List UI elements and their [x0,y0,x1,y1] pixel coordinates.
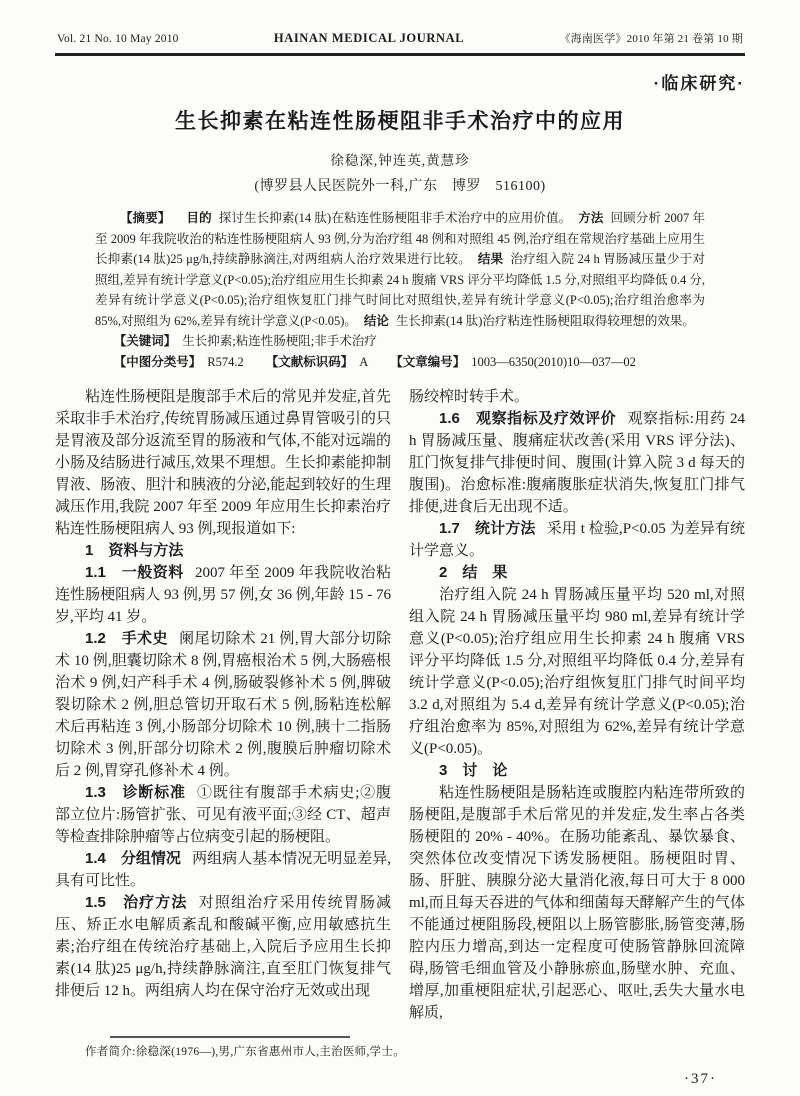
section-column-label: ·临床研究· [55,69,745,94]
keywords-text: 生长抑素;粘连性肠梗阻;非手术治疗 [182,334,376,348]
author-bio-footnote: 作者简介:徐稳深(1976—),男,广东省惠州市人,主治医师,学士。 [85,1043,745,1059]
results-paragraph: 治疗组入院 24 h 胃肠减压量平均 520 ml,对照组入院 24 h 胃肠减… [409,584,745,760]
left-column: 粘连性肠梗阻是腹部手术后的常见并发症,首先采取非手术治疗,传统胃肠减压通过鼻胃管… [55,386,391,1024]
abstract-label: 【摘要】 [120,211,171,225]
section-heading-1: 1 资料与方法 [55,540,391,562]
continuation-paragraph: 肠绞榨时转手术。 [409,386,745,408]
journal-issue-cn: 《海南医学》2010 年第 21 卷第 10 期 [559,30,743,46]
body-columns: 粘连性肠梗阻是腹部手术后的常见并发症,首先采取非手术治疗,传统胃肠减压通过鼻胃管… [55,386,745,1024]
subsection-label: 1.3 诊断标准 [85,784,186,801]
abstract-conclusion-label: 结论 [364,314,389,328]
abstract-objective-text: 探讨生长抑素(14 肽)在粘连性肠梗阻非手术治疗中的应用价值。 [219,211,571,225]
article-id: 1003—6350(2010)10—037—02 [471,355,636,369]
subsection-label: 1.2 手术史 [85,630,168,647]
journal-name-en: HAINAN MEDICAL JOURNAL [274,31,464,46]
clc-number: R574.2 [207,355,243,369]
section-heading-3: 3 讨 论 [409,760,745,782]
subsection-label: 1.1 一般资料 [85,564,184,581]
intro-paragraph: 粘连性肠梗阻是腹部手术后的常见并发症,首先采取非手术治疗,传统胃肠减压通过鼻胃管… [55,386,391,540]
article-title: 生长抑素在粘连性肠梗阻非手术治疗中的应用 [55,105,745,135]
author-names: 徐稳深,钟连英,黄慧珍 [55,149,745,169]
classification-line: 【中图分类号】R574.2【文献标识码】A【文章编号】1003—6350(201… [95,352,705,373]
document-code-label: 【文献标识码】 [266,355,354,369]
paragraph-1-6: 1.6 观察指标及疗效评价观察指标:用药 24 h 胃肠减压量、腹痛症状改善(采… [409,408,745,518]
paragraph-1-3: 1.3 诊断标准①既往有腹部手术病史;②腹部立位片:肠管扩张、可见有液平面;③经… [55,782,391,848]
subsection-label: 1.4 分组情况 [85,850,181,867]
discussion-paragraph: 粘连性肠梗阻是肠粘连或腹腔内粘连带所致的肠梗阻,是腹部手术后常见的并发症,发生率… [409,782,745,1024]
paragraph-1-7: 1.7 统计方法采用 t 检验,P<0.05 为差异有统计学意义。 [409,518,745,562]
section-heading-2: 2 结 果 [409,562,745,584]
paragraph-1-1: 1.1 一般资料2007 年至 2009 年我院收治粘连性肠梗阻病人 93 例,… [55,562,391,628]
document-code: A [359,355,368,369]
subsection-label: 1.7 统计方法 [439,520,535,537]
footnote-divider [110,1036,350,1038]
article-id-label: 【文章编号】 [390,355,465,369]
paragraph-1-5: 1.5 治疗方法对照组治疗采用传统胃肠减压、矫正水电解质紊乱和酸碱平衡,应用敏感… [55,892,391,1002]
volume-issue-date: Vol. 21 No. 10 May 2010 [57,33,179,45]
abstract-conclusion-text: 生长抑素(14 肽)治疗粘连性肠梗阻取得较理想的效果。 [396,314,695,328]
abstract: 【摘要】目的探讨生长抑素(14 肽)在粘连性肠梗阻非手术治疗中的应用价值。方法回… [95,208,705,331]
abstract-results-label: 结果 [478,252,504,266]
right-column: 肠绞榨时转手术。 1.6 观察指标及疗效评价观察指标:用药 24 h 胃肠减压量… [409,386,745,1024]
paragraph-text: 阑尾切除术 21 例,胃大部分切除术 10 例,胆囊切除术 8 例,胃癌根治术 … [55,631,391,779]
journal-page: Vol. 21 No. 10 May 2010 HAINAN MEDICAL J… [0,0,800,1096]
keywords-label: 【关键词】 [114,334,177,348]
subsection-label: 1.5 治疗方法 [85,894,188,911]
running-head: Vol. 21 No. 10 May 2010 HAINAN MEDICAL J… [55,30,745,56]
author-affiliation: (博罗县人民医院外一科,广东 博罗 516100) [55,175,745,195]
page-number: ·37· [55,1071,745,1088]
abstract-methods-label: 方法 [578,211,603,225]
abstract-objective-label: 目的 [187,211,212,225]
keywords-line: 【关键词】生长抑素;粘连性肠梗阻;非手术治疗 [95,331,705,352]
paragraph-1-4: 1.4 分组情况两组病人基本情况无明显差异,具有可比性。 [55,848,391,892]
paragraph-1-2: 1.2 手术史阑尾切除术 21 例,胃大部分切除术 10 例,胆囊切除术 8 例… [55,628,391,782]
clc-label: 【中图分类号】 [114,355,202,369]
subsection-label: 1.6 观察指标及疗效评价 [439,410,616,427]
